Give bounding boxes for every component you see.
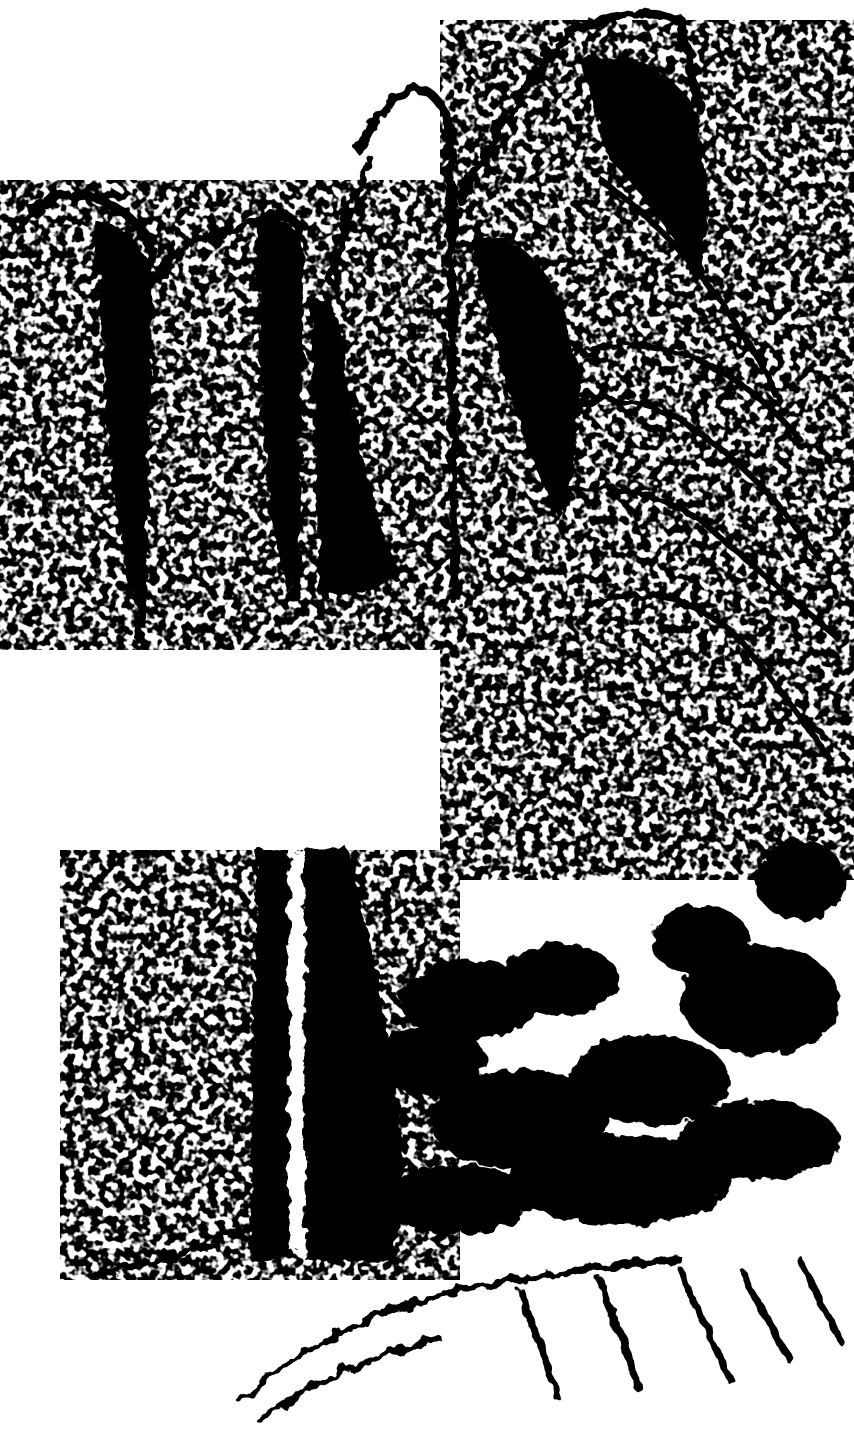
- landscape-svg: [0, 0, 854, 1437]
- ink-landscape-artwork: [0, 0, 854, 1437]
